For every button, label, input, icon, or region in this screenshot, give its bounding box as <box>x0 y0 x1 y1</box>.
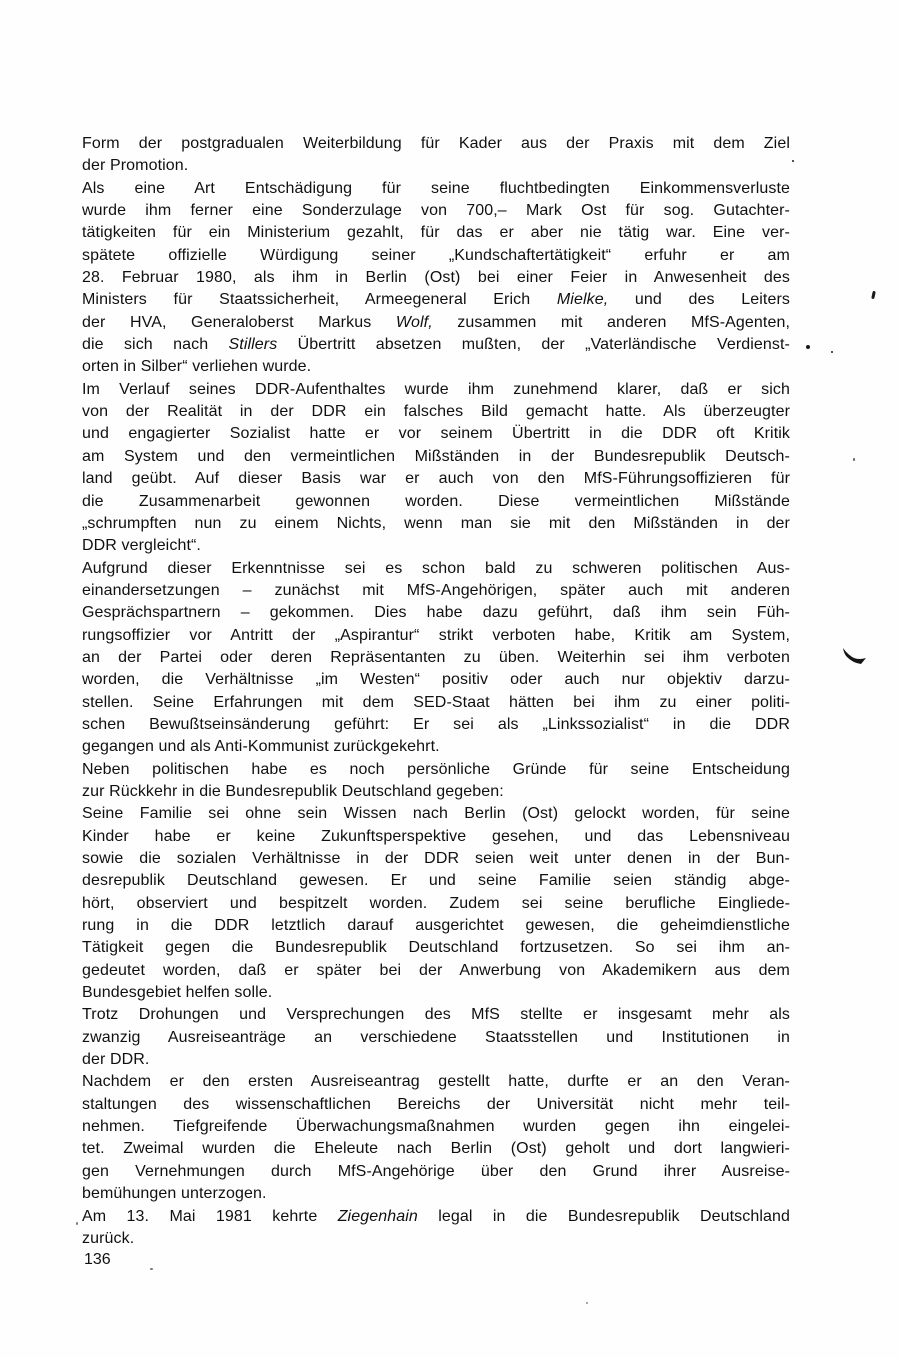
text-line: gen Vernehmungen durch MfS-Angehörige üb… <box>82 1161 790 1183</box>
text-line: hört, observiert und bespitzelt worden. … <box>82 893 790 915</box>
scan-speck <box>792 160 794 162</box>
text-line: zur Rückkehr in die Bundesrepublik Deuts… <box>82 781 790 803</box>
scan-speck <box>831 351 833 353</box>
text-line: Aufgrund dieser Erkenntnisse sei es scho… <box>82 558 790 580</box>
text-line: 28. Februar 1980, als ihm in Berlin (Ost… <box>82 267 790 289</box>
scan-speck <box>871 291 876 299</box>
text-line: spätete offizielle Würdigung seiner „Kun… <box>82 245 790 267</box>
text-line: der HVA, Generaloberst Markus Wolf, zusa… <box>82 312 790 334</box>
text-line: Trotz Drohungen und Versprechungen des M… <box>82 1004 790 1026</box>
text-line: schen Bewußtseinsänderung geführt: Er se… <box>82 714 790 736</box>
text-line: Kinder habe er keine Zukunftsperspektive… <box>82 826 790 848</box>
text-line: tet. Zweimal wurden die Eheleute nach Be… <box>82 1138 790 1160</box>
text-line: staltungen des wissenschaftlichen Bereic… <box>82 1094 790 1116</box>
text-line: zwanzig Ausreiseanträge an verschiedene … <box>82 1027 790 1049</box>
scanned-page: Form der postgradualen Weiterbildung für… <box>0 0 900 1358</box>
scan-speck <box>806 345 810 349</box>
text-line: von der Realität in der DDR ein falsches… <box>82 401 790 423</box>
text-line: der Promotion. <box>82 155 790 177</box>
text-line: am System und den vermeintlichen Mißstän… <box>82 446 790 468</box>
text-line: Gesprächspartnern – gekommen. Dies habe … <box>82 602 790 624</box>
text-line: Im Verlauf seines DDR-Aufenthaltes wurde… <box>82 379 790 401</box>
text-line: zurück. <box>82 1228 790 1250</box>
text-line: und engagierter Sozialist hatte er vor s… <box>82 423 790 445</box>
scan-speck <box>853 458 855 461</box>
text-line: Tätigkeit gegen die Bundesrepublik Deuts… <box>82 937 790 959</box>
text-line: die Zusammenarbeit gewonnen worden. Dies… <box>82 491 790 513</box>
text-line: DDR vergleicht“. <box>82 535 790 557</box>
text-line: sowie die sozialen Verhältnisse in der D… <box>82 848 790 870</box>
text-line: Seine Familie sei ohne sein Wissen nach … <box>82 803 790 825</box>
text-line: gedeutet worden, daß er später bei der A… <box>82 960 790 982</box>
text-line: „schrumpften nun zu einem Nichts, wenn m… <box>82 513 790 535</box>
text-line: desrepublik Deutschland gewesen. Er und … <box>82 870 790 892</box>
text-line: die sich nach Stillers Übertritt absetze… <box>82 334 790 356</box>
text-line: Ministers für Staatssicherheit, Armeegen… <box>82 289 790 311</box>
text-line: worden, die Verhältnisse „im Westen“ pos… <box>82 669 790 691</box>
text-line: nehmen. Tiefgreifende Überwachungsmaßnah… <box>82 1116 790 1138</box>
text-line: an der Partei oder deren Repräsentanten … <box>82 647 790 669</box>
text-line: Neben politischen habe es noch persönlic… <box>82 759 790 781</box>
body-text: Form der postgradualen Weiterbildung für… <box>82 133 790 1250</box>
text-line: tätigkeiten für ein Ministerium gezahlt,… <box>82 222 790 244</box>
scan-speck <box>76 1222 78 1225</box>
text-line: gegangen und als Anti-Kommunist zurückge… <box>82 736 790 758</box>
text-line: stellen. Seine Erfahrungen mit dem SED-S… <box>82 692 790 714</box>
text-line: der DDR. <box>82 1049 790 1071</box>
page-number: 136 <box>84 1249 111 1271</box>
text-line: Form der postgradualen Weiterbildung für… <box>82 133 790 155</box>
scan-speck <box>150 1268 153 1270</box>
text-line: land geübt. Auf dieser Basis war er auch… <box>82 468 790 490</box>
text-line: einandersetzungen – zunächst mit MfS-Ang… <box>82 580 790 602</box>
text-line: Bundesgebiet helfen solle. <box>82 982 790 1004</box>
text-line: Als eine Art Entschädigung für seine flu… <box>82 178 790 200</box>
text-line: wurde ihm ferner eine Sonderzulage von 7… <box>82 200 790 222</box>
text-line: rung in die DDR letztlich darauf ausgeri… <box>82 915 790 937</box>
scan-speck <box>586 1302 588 1304</box>
text-line: bemühungen unterzogen. <box>82 1183 790 1205</box>
text-line: orten in Silber“ verliehen wurde. <box>82 356 790 378</box>
ink-mark-icon <box>842 646 868 666</box>
text-line: rungsoffizier vor Antritt der „Aspirantu… <box>82 625 790 647</box>
text-line: Nachdem er den ersten Ausreiseantrag ges… <box>82 1071 790 1093</box>
text-line: Am 13. Mai 1981 kehrte Ziegenhain legal … <box>82 1206 790 1228</box>
